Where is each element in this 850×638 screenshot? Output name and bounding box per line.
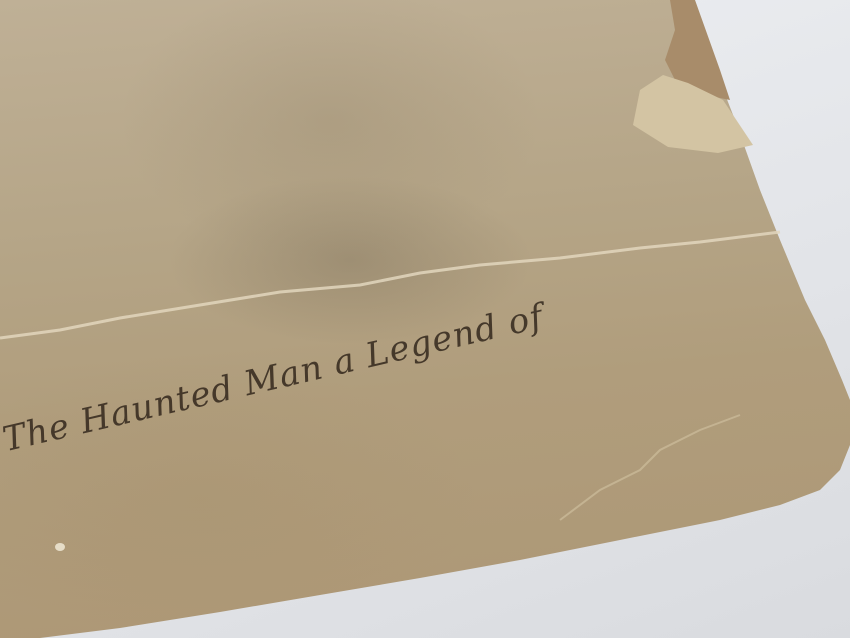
paper-stain (55, 543, 65, 551)
photo-scene: The Haunted Man a Legend of (0, 0, 850, 638)
